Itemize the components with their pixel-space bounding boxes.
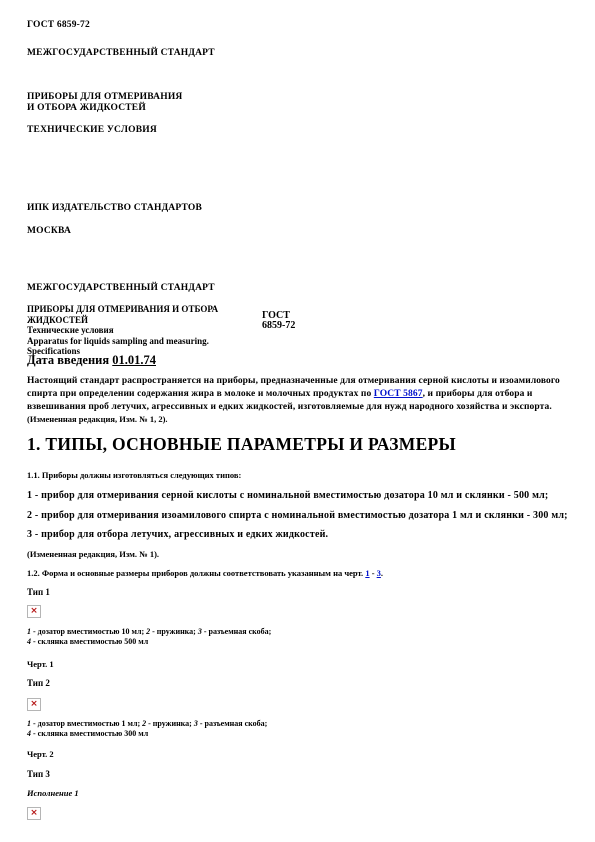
date-value: 01.01.74	[112, 353, 156, 367]
document-page: ГОСТ 6859-72 МЕЖГОСУДАРСТВЕННЫЙ СТАНДАРТ…	[0, 0, 595, 842]
standard-title-line2: ЖИДКОСТЕЙ	[27, 315, 259, 326]
caption-text: - пружинка;	[146, 719, 194, 728]
date-label: Дата введения	[27, 353, 112, 367]
broken-image-x-glyph: ×	[28, 606, 40, 616]
caption-text: - разъемная скоба;	[202, 627, 272, 636]
caption-text: - дозатор вместимостью 10 мл;	[31, 627, 146, 636]
clause-1-2-dash: -	[370, 568, 377, 578]
clause-1-2-period: .	[381, 568, 383, 578]
section-heading: 1. ТИПЫ, ОСНОВНЫЕ ПАРАМЕТРЫ И РАЗМЕРЫ	[27, 434, 456, 455]
standard-type-line: МЕЖГОСУДАРСТВЕННЫЙ СТАНДАРТ	[27, 48, 215, 58]
clause-1-2: 1.2. Форма и основные размеры приборов д…	[27, 568, 383, 578]
type-3-label: Тип 3	[27, 769, 50, 779]
caption-text: - дозатор вместимостью 1 мл;	[31, 719, 142, 728]
clause-1-1: 1.1. Приборы должны изготовляться следую…	[27, 470, 241, 480]
effective-date-line: Дата введения 01.01.74	[27, 353, 156, 368]
figure-2-caption: 1 - дозатор вместимостью 1 мл; 2 - пружи…	[27, 719, 267, 738]
caption-text: - склянка вместимостью 300 мл	[31, 729, 148, 738]
figure-2-label: Черт. 2	[27, 749, 54, 759]
standard-code-line2: 6859-72	[262, 321, 295, 331]
caption-text: - пружинка;	[150, 627, 198, 636]
cover-subtitle: ТЕХНИЧЕСКИЕ УСЛОВИЯ	[27, 125, 157, 135]
broken-image-icon: ×	[27, 807, 41, 820]
doc-code: ГОСТ 6859-72	[27, 20, 90, 30]
figure-1-caption: 1 - дозатор вместимостью 10 мл; 2 - пруж…	[27, 627, 271, 646]
standard-code: ГОСТ 6859-72	[262, 311, 295, 331]
gost-5867-link[interactable]: ГОСТ 5867	[374, 389, 423, 399]
cover-title-line2: И ОТБОРА ЖИДКОСТЕЙ	[27, 103, 182, 114]
amendment-note-1: (Измененная редакция, Изм. № 1, 2).	[27, 414, 168, 424]
clause-1-2-text: 1.2. Форма и основные размеры приборов д…	[27, 568, 365, 578]
variant-label: Исполнение 1	[27, 788, 79, 798]
type-2-label: Тип 2	[27, 678, 50, 688]
caption-text: - склянка вместимостью 500 мл	[31, 637, 148, 646]
type-item-2: 2 - прибор для отмеривания изоамилового …	[27, 510, 568, 521]
standard-title-line1: ПРИБОРЫ ДЛЯ ОТМЕРИВАНИЯ И ОТБОРА	[27, 304, 259, 315]
amendment-note-2: (Измененная редакция, Изм. № 1).	[27, 549, 159, 559]
broken-image-icon: ×	[27, 698, 41, 711]
type-item-1: 1 - прибор для отмеривания серной кислот…	[27, 490, 548, 501]
type-1-label: Тип 1	[27, 587, 50, 597]
type-item-3: 3 - прибор для отбора летучих, агрессивн…	[27, 529, 328, 540]
standard-type-line2: МЕЖГОСУДАРСТВЕННЫЙ СТАНДАРТ	[27, 283, 215, 293]
scope-paragraph: Настоящий стандарт распространяется на п…	[27, 375, 567, 415]
figure-1-label: Черт. 1	[27, 659, 54, 669]
publisher-line: ИПК ИЗДАТЕЛЬСТВО СТАНДАРТОВ	[27, 203, 202, 213]
broken-image-x-glyph: ×	[28, 699, 40, 709]
broken-image-x-glyph: ×	[28, 808, 40, 818]
city-line: МОСКВА	[27, 226, 71, 236]
standard-subtitle-ru: Технические условия	[27, 325, 259, 336]
cover-title: ПРИБОРЫ ДЛЯ ОТМЕРИВАНИЯ И ОТБОРА ЖИДКОСТ…	[27, 92, 182, 114]
standard-title-block: ПРИБОРЫ ДЛЯ ОТМЕРИВАНИЯ И ОТБОРА ЖИДКОСТ…	[27, 304, 259, 357]
cover-title-line1: ПРИБОРЫ ДЛЯ ОТМЕРИВАНИЯ	[27, 92, 182, 103]
caption-text: - разъемная скоба;	[198, 719, 268, 728]
broken-image-icon: ×	[27, 605, 41, 618]
